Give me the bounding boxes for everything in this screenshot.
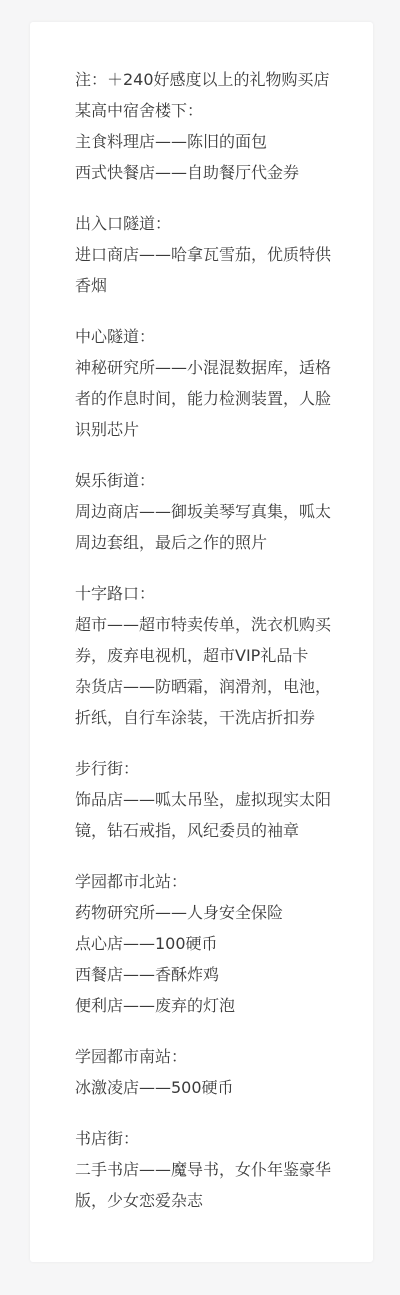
content-card: 注：＋240好感度以上的礼物购买店某高中宿舍楼下：主食料理店——陈旧的面包西式快…: [30, 22, 373, 1262]
paragraph: 注：＋240好感度以上的礼物购买店: [75, 64, 331, 95]
paragraph: 娱乐街道：: [75, 465, 331, 496]
section-4: 十字路口：超市——超市特卖传单，洗衣机购买券，废弃电视机，超市VIP礼品卡杂货店…: [75, 578, 331, 733]
paragraph: 二手书店——魔导书，女仆年鉴豪华版，少女恋爱杂志: [75, 1154, 331, 1216]
paragraph: 点心店——100硬币: [75, 928, 331, 959]
paragraph: 西餐店——香酥炸鸡: [75, 959, 331, 990]
paragraph: 某高中宿舍楼下：: [75, 95, 331, 126]
paragraph: 主食料理店——陈旧的面包: [75, 126, 331, 157]
section-0: 注：＋240好感度以上的礼物购买店某高中宿舍楼下：主食料理店——陈旧的面包西式快…: [75, 64, 331, 188]
paragraph: 便利店——废弃的灯泡: [75, 990, 331, 1021]
paragraph: 书店街：: [75, 1123, 331, 1154]
page-background: { "theme": { "page_background": "#f6f6f7…: [0, 22, 400, 1295]
paragraph: 超市——超市特卖传单，洗衣机购买券，废弃电视机，超市VIP礼品卡: [75, 609, 331, 671]
section-3: 娱乐街道：周边商店——御坂美琴写真集，呱太周边套组，最后之作的照片: [75, 465, 331, 558]
paragraph: 药物研究所——人身安全保险: [75, 897, 331, 928]
section-7: 学园都市南站：冰激凌店——500硬币: [75, 1041, 331, 1103]
paragraph: 饰品店——呱太吊坠，虚拟现实太阳镜，钻石戒指，风纪委员的袖章: [75, 784, 331, 846]
paragraph: 冰激凌店——500硬币: [75, 1072, 331, 1103]
paragraph: 学园都市北站：: [75, 866, 331, 897]
section-8: 书店街：二手书店——魔导书，女仆年鉴豪华版，少女恋爱杂志: [75, 1123, 331, 1216]
article-content: 注：＋240好感度以上的礼物购买店某高中宿舍楼下：主食料理店——陈旧的面包西式快…: [75, 64, 331, 1216]
paragraph: 杂货店——防晒霜，润滑剂，电池，折纸，自行车涂装，干洗店折扣券: [75, 671, 331, 733]
paragraph: 西式快餐店——自助餐厅代金券: [75, 157, 331, 188]
paragraph: 出入口隧道：: [75, 208, 331, 239]
paragraph: 中心隧道：: [75, 321, 331, 352]
section-6: 学园都市北站：药物研究所——人身安全保险点心店——100硬币西餐店——香酥炸鸡便…: [75, 866, 331, 1021]
section-1: 出入口隧道：进口商店——哈拿瓦雪茄，优质特供香烟: [75, 208, 331, 301]
paragraph: 学园都市南站：: [75, 1041, 331, 1072]
paragraph: 步行街：: [75, 753, 331, 784]
paragraph: 十字路口：: [75, 578, 331, 609]
section-2: 中心隧道：神秘研究所——小混混数据库，适格者的作息时间，能力检测装置，人脸识别芯…: [75, 321, 331, 445]
paragraph: 神秘研究所——小混混数据库，适格者的作息时间，能力检测装置，人脸识别芯片: [75, 352, 331, 445]
paragraph: 周边商店——御坂美琴写真集，呱太周边套组，最后之作的照片: [75, 496, 331, 558]
section-5: 步行街：饰品店——呱太吊坠，虚拟现实太阳镜，钻石戒指，风纪委员的袖章: [75, 753, 331, 846]
paragraph: 进口商店——哈拿瓦雪茄，优质特供香烟: [75, 239, 331, 301]
